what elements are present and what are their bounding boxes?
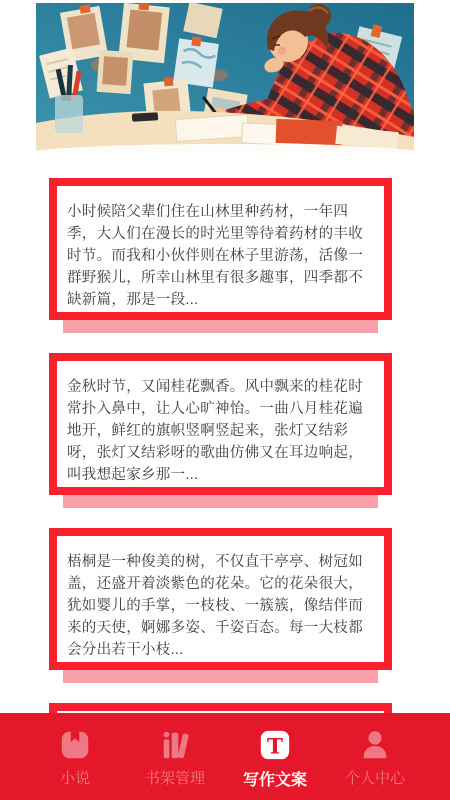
article-card-frame: 梧桐是一种俊美的树，不仅直干亭亭、树冠如盖，还盛开着淡紫色的花朵。它的花朵很大，… <box>49 528 392 670</box>
tab-label: 书架管理 <box>145 767 205 788</box>
writing-girl-illustration-svg <box>36 3 414 153</box>
card-shadow <box>63 670 378 683</box>
tab-label: 小说 <box>60 767 90 788</box>
tab-bookshelf-management[interactable]: 书架管理 <box>125 713 225 800</box>
tab-novel[interactable]: 小说 <box>25 713 125 800</box>
book-icon <box>58 728 92 762</box>
card-shadow <box>63 320 378 333</box>
article-card-3[interactable]: 梧桐是一种俊美的树，不仅直干亭亭、树冠如盖，还盛开着淡紫色的花朵。它的花朵很大，… <box>49 528 392 683</box>
tab-personal-center[interactable]: 个人中心 <box>325 713 425 800</box>
hero-illustration <box>36 3 414 153</box>
article-card-frame: 小时候陪父辈们住在山林里种药材，一年四季，大人们在漫长的时光里等待着药材的丰收时… <box>49 178 392 320</box>
text-t-icon: T <box>258 728 292 762</box>
person-icon <box>358 728 392 762</box>
article-card-frame: 金秋时节，又闻桂花飘香。风中飘来的桂花时常扑入鼻中，让人心旷神怡。一曲八月桂花遍… <box>49 353 392 495</box>
app-screen: 小时候陪父辈们住在山林里种药材，一年四季，大人们在漫长的时光里等待着药材的丰收时… <box>0 0 450 800</box>
article-card-2[interactable]: 金秋时节，又闻桂花飘香。风中飘来的桂花时常扑入鼻中，让人心旷神怡。一曲八月桂花遍… <box>49 353 392 508</box>
tab-label: 个人中心 <box>345 767 405 788</box>
card-shadow <box>63 495 378 508</box>
article-excerpt: 梧桐是一种俊美的树，不仅直干亭亭、树冠如盖，还盛开着淡紫色的花朵。它的花朵很大，… <box>57 536 384 661</box>
pen-cup <box>55 65 83 133</box>
svg-text:T: T <box>267 735 283 760</box>
tab-label: 写作文案 <box>243 767 307 790</box>
article-excerpt: 小时候陪父辈们住在山林里种药材，一年四季，大人们在漫长的时光里等待着药材的丰收时… <box>57 186 384 311</box>
bottom-nav: 小说 书架管理 T <box>0 713 450 800</box>
tab-writing-copy[interactable]: T 写作文案 <box>225 713 325 800</box>
article-excerpt: 金秋时节，又闻桂花飘香。风中飘来的桂花时常扑入鼻中，让人心旷神怡。一曲八月桂花遍… <box>57 361 384 486</box>
bookshelf-icon <box>158 728 192 762</box>
article-card-1[interactable]: 小时候陪父辈们住在山林里种药材，一年四季，大人们在漫长的时光里等待着药材的丰收时… <box>49 178 392 333</box>
